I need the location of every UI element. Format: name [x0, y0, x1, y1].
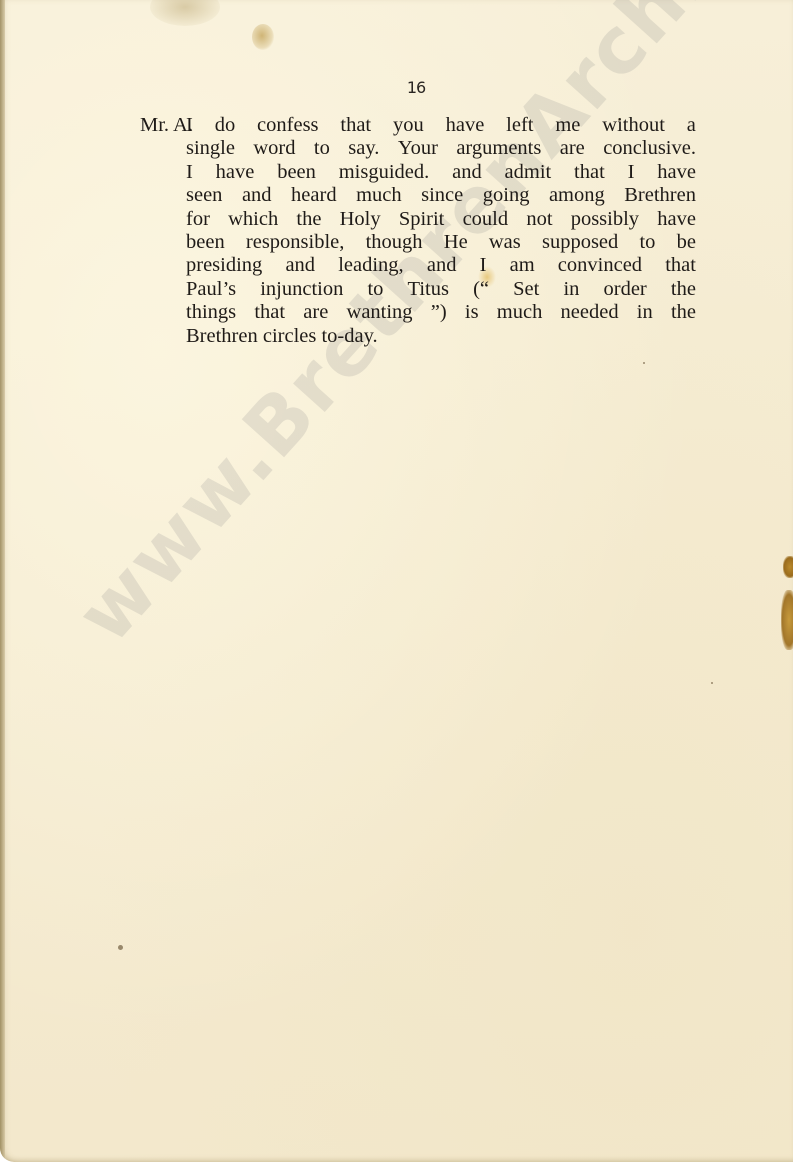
text-line: beenresponsible,thoughHewassupposedtobe: [186, 231, 696, 254]
stain-mark: [150, 0, 220, 26]
rust-stain: [781, 590, 793, 650]
page-binding-edge: [0, 0, 5, 1162]
text-line: Brethren circles to-day.: [186, 325, 696, 348]
paper-speck: [711, 682, 713, 684]
speech-text: Idoconfessthatyouhaveleftmewithouta sing…: [186, 114, 696, 348]
document-page: ​ www.BrethrenArchive.org 16 Mr. A. Idoc…: [0, 0, 793, 1162]
dialogue-paragraph: Mr. A. Idoconfessthatyouhaveleftmewithou…: [140, 114, 696, 348]
staple: [783, 556, 793, 656]
text-line: Ihavebeenmisguided.andadmitthatIhave: [186, 161, 696, 184]
text-line: Paul’sinjunctiontoTitus(“Setinorderthe: [186, 278, 696, 301]
text-line: thingsthatarewanting”)ismuchneededinthe: [186, 301, 696, 324]
text-line: Idoconfessthatyouhaveleftmewithouta: [186, 114, 696, 137]
page-number: 16: [0, 78, 793, 97]
stain-mark: [252, 24, 274, 50]
paper-speck: [643, 362, 645, 364]
text-line: singlewordtosay.Yourargumentsareconclusi…: [186, 137, 696, 160]
text-line: seenandheardmuchsincegoingamongBrethren: [186, 184, 696, 207]
speaker-label: Mr. A.: [140, 114, 186, 137]
text-line: forwhichtheHolySpiritcouldnotpossiblyhav…: [186, 208, 696, 231]
rust-stain: [783, 556, 793, 578]
paper-speck: [118, 945, 123, 950]
show-through-text: ​: [150, 360, 690, 383]
text-line: presidingandleading,andIamconvincedthat: [186, 254, 696, 277]
